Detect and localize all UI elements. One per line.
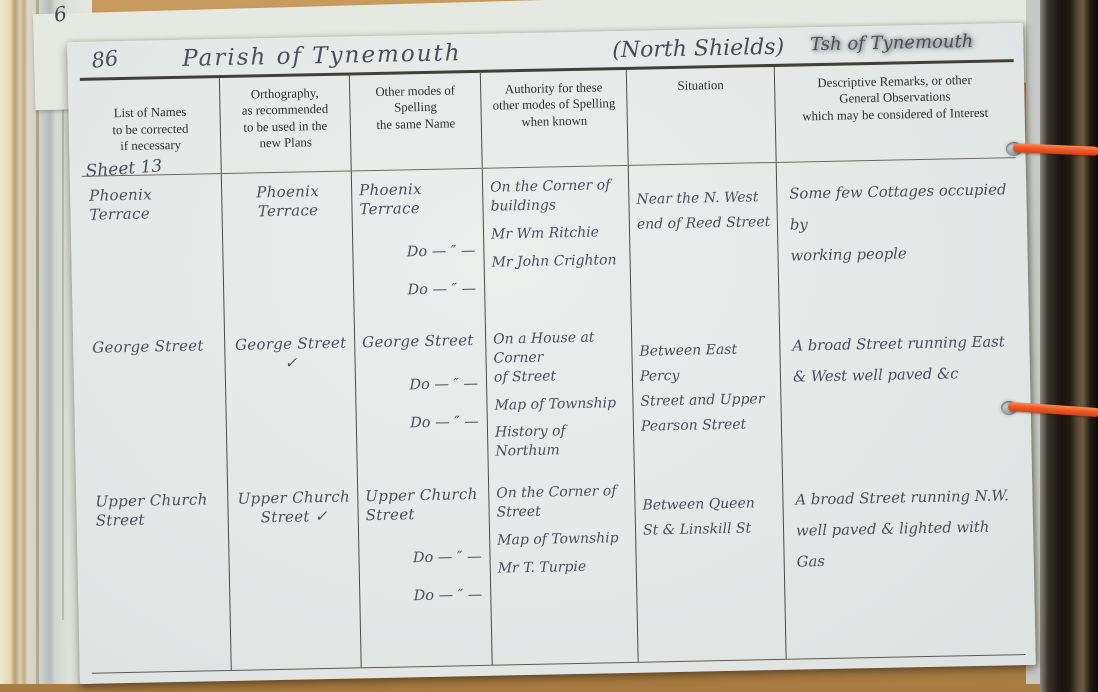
cell-situation: Between Queen St & Linskill St <box>635 469 787 662</box>
authority-line: Map of Township <box>494 394 627 416</box>
cell-authority: On the Corner of Street Map of Township … <box>489 472 639 665</box>
place-title: (North Shields) <box>612 35 784 63</box>
cell-situation: Near the N. West end of Reed Street <box>629 163 780 318</box>
ditto-mark: Do — ″ — <box>363 376 481 394</box>
column-header-remarks: Descriptive Remarks, or other General Ob… <box>775 62 1016 162</box>
cell-name: Phoenix Terrace <box>82 174 225 329</box>
cell-name: George Street <box>85 326 228 483</box>
authority-line: On the Corner of buildings <box>490 176 624 216</box>
cell-orthography: George Street ✓ <box>225 323 358 480</box>
ditto-mark: Do — ″ — <box>367 587 485 605</box>
authority-line: History of Northum <box>495 421 629 461</box>
page-number: 86 <box>90 46 120 73</box>
entry-name: Upper Church Street <box>95 491 208 530</box>
cell-authority: On a House at Corner of Street Map of To… <box>486 318 635 475</box>
column-header-situation: Situation <box>627 67 777 165</box>
ditto-mark: Do — ″ — <box>364 414 482 432</box>
table-body: Phoenix Terrace Phoenix Terrace Phoenix … <box>82 158 1026 674</box>
authority-line: Mr John Crighton <box>491 251 624 273</box>
authority-line: Mr Wm Ritchie <box>491 223 624 245</box>
column-header-authority: Authority for these other modes of Spell… <box>481 70 629 168</box>
entry-orthography: Phoenix Terrace <box>256 182 319 220</box>
register-page: 86 Parish of Tynemouth (North Shields) T… <box>67 23 1036 684</box>
cell-other-modes: Phoenix Terrace Do — ″ — Do — ″ — <box>352 169 486 324</box>
column-header-other-modes: Other modes of Spelling the same Name <box>350 73 483 170</box>
entry-other-modes: Phoenix Terrace <box>359 180 422 218</box>
column-header-names: List of Names to be corrected if necessa… <box>80 78 222 176</box>
cell-other-modes: George Street Do — ″ — Do — ″ — <box>355 321 489 478</box>
table-row: Phoenix Terrace Phoenix Terrace Phoenix … <box>82 158 1019 329</box>
cell-remarks: A broad Street running N.W. well paved &… <box>783 464 1026 659</box>
name-book-table: List of Names to be corrected if necessa… <box>80 59 1026 674</box>
authority-line: On the Corner of Street <box>496 482 630 522</box>
township-title: Tsh of Tynemouth <box>810 31 974 55</box>
table-header-row: List of Names to be corrected if necessa… <box>80 62 1016 177</box>
entry-orthography: George Street ✓ <box>235 333 347 371</box>
entry-name: George Street <box>92 336 204 356</box>
parish-title: Parish of Tynemouth <box>182 40 462 72</box>
entry-name: Phoenix Terrace <box>89 185 152 223</box>
cell-orthography: Phoenix Terrace <box>222 171 355 326</box>
cell-situation: Between East Percy Street and Upper Pear… <box>632 315 783 472</box>
authority-line: On a House at Corner of Street <box>493 328 627 387</box>
authority-line: Mr T. Turpie <box>498 557 631 579</box>
table-row: Upper Church Street Upper Church Street … <box>88 464 1026 673</box>
authority-line: Map of Township <box>497 529 630 551</box>
ditto-mark: Do — ″ — <box>360 243 478 261</box>
cell-remarks: Some few Cottages occupied by working pe… <box>777 158 1019 315</box>
cell-name: Upper Church Street <box>88 480 232 673</box>
scanned-register-page: 6 86 Parish of Tynemouth (North Shields)… <box>0 0 1098 692</box>
cell-other-modes: Upper Church Street Do — ″ — Do — ″ — <box>358 475 493 668</box>
cell-orthography: Upper Church Street ✓ <box>228 478 362 671</box>
column-header-orthography: Orthography, as recommended to be used i… <box>220 75 352 172</box>
entry-other-modes: George Street <box>362 331 474 351</box>
cell-remarks: A broad Street running East & West well … <box>780 310 1022 469</box>
cell-authority: On the Corner of buildings Mr Wm Ritchie… <box>483 166 632 321</box>
column-header-label: List of Names to be corrected if necessa… <box>112 105 188 153</box>
entry-orthography: Upper Church Street ✓ <box>237 488 350 527</box>
entry-other-modes: Upper Church Street <box>365 485 478 524</box>
ditto-mark: Do — ″ — <box>366 549 484 567</box>
ditto-mark: Do — ″ — <box>361 281 479 299</box>
book-spine-edge <box>1040 0 1098 692</box>
table-row: George Street George Street ✓ George Str… <box>85 310 1022 483</box>
